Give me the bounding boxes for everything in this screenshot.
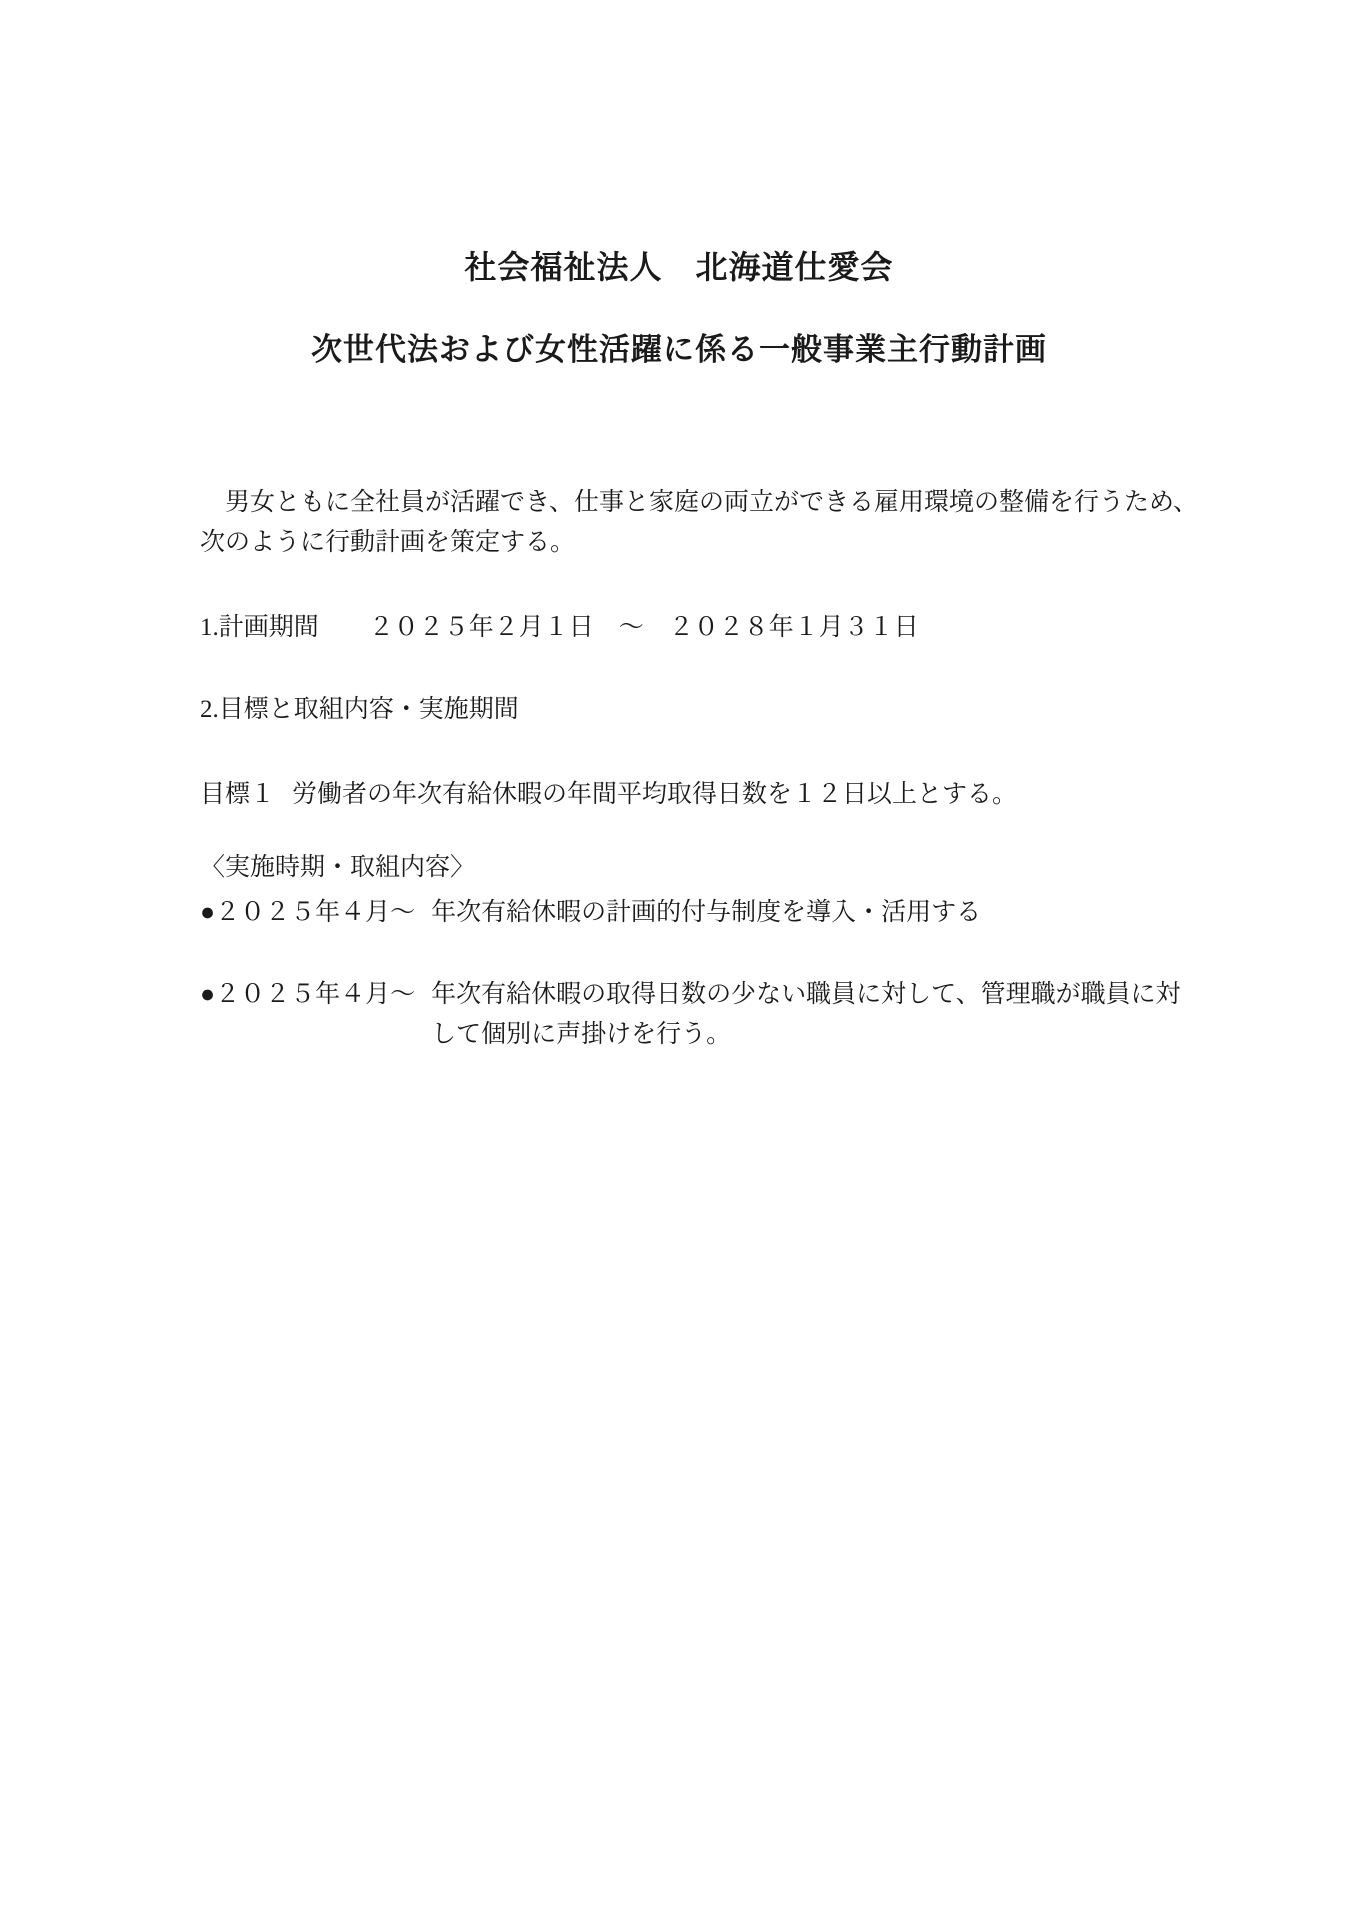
intro-line-1: 男女ともに全社員が活躍でき、仕事と家庭の両立ができる雇用環境の整備を行うため、 <box>200 483 1248 523</box>
goal-1-text: 労働者の年次有給休暇の年間平均取得日数を１２日以上とする。 <box>292 775 1017 815</box>
goal-1-line: 目標１ 労働者の年次有給休暇の年間平均取得日数を１２日以上とする。 <box>200 775 1248 815</box>
document-page: 社会福祉法人 北海道仕愛会 次世代法および女性活躍に係る一般事業主行動計画 男女… <box>0 0 1358 1920</box>
plan-period-line: 1.計画期間 ２０２５年２月１日 ～ ２０２８年１月３１日 <box>200 608 1248 648</box>
action-1-content: 年次有給休暇の計画的付与制度を導入・活用する <box>431 893 981 933</box>
action-2-content: 年次有給休暇の取得日数の少ない職員に対して、管理職が職員に対 して個別に声掛けを… <box>431 975 1181 1055</box>
document-title: 社会福祉法人 北海道仕愛会 <box>0 0 1358 286</box>
action-1-date: ●２０２５年４月～ <box>200 893 415 933</box>
goal-1-label: 目標１ <box>200 775 275 815</box>
action-1-line-1: 年次有給休暇の計画的付与制度を導入・活用する <box>431 893 981 933</box>
action-2-date-text: ２０２５年４月～ <box>215 981 415 1008</box>
intro-paragraph: 男女ともに全社員が活躍でき、仕事と家庭の両立ができる雇用環境の整備を行うため、 … <box>200 483 1248 563</box>
implementation-heading: 〈実施時期・取組内容〉 <box>200 848 1248 888</box>
action-item-2: ●２０２５年４月～ 年次有給休暇の取得日数の少ない職員に対して、管理職が職員に対… <box>200 975 1248 1055</box>
bullet-icon: ● <box>200 981 215 1008</box>
action-1-date-text: ２０２５年４月～ <box>215 899 415 926</box>
action-2-date: ●２０２５年４月～ <box>200 975 415 1015</box>
intro-line-2: 次のように行動計画を策定する。 <box>200 523 1248 563</box>
action-2-line-2: して個別に声掛けを行う。 <box>431 1015 1181 1055</box>
bullet-icon: ● <box>200 899 215 926</box>
action-item-1: ●２０２５年４月～ 年次有給休暇の計画的付与制度を導入・活用する <box>200 893 1248 933</box>
goals-section-heading: 2.目標と取組内容・実施期間 <box>200 690 1248 730</box>
document-body: 男女ともに全社員が活躍でき、仕事と家庭の両立ができる雇用環境の整備を行うため、 … <box>200 483 1248 1055</box>
action-2-line-1: 年次有給休暇の取得日数の少ない職員に対して、管理職が職員に対 <box>431 975 1181 1015</box>
document-subtitle: 次世代法および女性活躍に係る一般事業主行動計画 <box>0 331 1358 369</box>
